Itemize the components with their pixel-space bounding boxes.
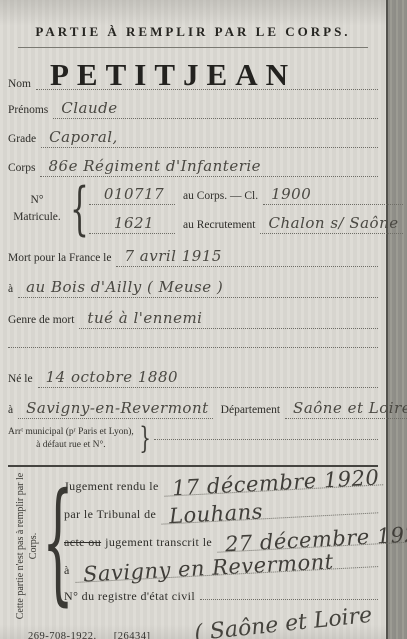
jugement-side-note: Cette partie n'est pas à remplir par le … — [14, 471, 40, 621]
matricule-label-line2: Matricule. — [8, 209, 66, 226]
field-jugement-tribunal: par le Tribunal de Louhans — [64, 505, 378, 522]
matricule-brace: { — [70, 182, 80, 237]
ne-a-value: Savigny-en-Revermont — [18, 399, 213, 419]
form-content: PARTIE À REMPLIR PAR LE CORPS. Nom PETIT… — [0, 0, 384, 639]
field-ne-le: Né le 14 octobre 1880 — [8, 368, 378, 388]
ne-le-value: 14 octobre 1880 — [38, 368, 378, 388]
mort-lieu-value: au Bois d'Ailly ( Meuse ) — [18, 278, 378, 298]
field-birthplace: à Savigny-en-Revermont Département Saône… — [8, 399, 378, 419]
field-mort-le: Mort pour la France le 7 avril 1915 — [8, 247, 378, 267]
imprint-bracket: [26434] — [114, 631, 151, 639]
nom-label: Nom — [8, 78, 31, 90]
form-title: PARTIE À REMPLIR PAR LE CORPS. — [18, 24, 368, 48]
jugement-rendu-value: 17 décembre 1920 — [164, 471, 384, 496]
departement-value: Saône et Loire — [285, 399, 407, 419]
field-arr-municipal: Arrᵗ municipal (pʳ Paris et Lyon), à déf… — [8, 425, 378, 453]
jugement-rows: Jugement rendu le 17 décembre 1920 par l… — [64, 477, 378, 604]
arr-municipal-label: Arrᵗ municipal (pʳ Paris et Lyon), à déf… — [8, 426, 134, 452]
matricule-lines: 010717 au Corps. — Cl. 1900 1621 au Recr… — [84, 185, 403, 234]
matricule-recrutement-value: Chalon s/ Saône — [260, 214, 402, 234]
field-corps: Corps 86e Régiment d'Infanterie — [8, 157, 378, 177]
jugement-rendu-label: Jugement rendu le — [64, 479, 159, 494]
corps-value: 86e Régiment d'Infanterie — [40, 157, 378, 177]
ne-le-label: Né le — [8, 373, 33, 385]
arr-municipal-value-line — [154, 438, 378, 440]
grade-value: Caporal, — [41, 128, 378, 148]
arr-municipal-brace: } — [139, 425, 146, 453]
ne-a-label: à — [8, 404, 13, 416]
jugement-transcrit-struck: acte ou — [64, 535, 101, 550]
field-jugement-rendu: Jugement rendu le 17 décembre 1920 — [64, 477, 378, 494]
matricule-classe-value: 1900 — [263, 185, 403, 205]
prenoms-value: Claude — [53, 99, 378, 119]
jugement-lieu-label: à — [64, 563, 70, 578]
jugement-tribunal-value: Louhans — [161, 499, 378, 524]
jugement-section: Cette partie n'est pas à remplir par le … — [8, 469, 378, 621]
matricule-recrutement-label: au Recrutement — [183, 219, 255, 231]
genre-mort-label: Genre de mort — [8, 314, 74, 326]
field-jugement-lieu: à Savigny en Revermont — [64, 561, 378, 578]
matricule-label-line1: N° — [8, 192, 66, 209]
jugement-lieu-value: Savigny en Revermont — [75, 553, 379, 583]
field-prenoms: Prénoms Claude — [8, 99, 378, 119]
corps-label: Corps — [8, 162, 35, 174]
document-page: PARTIE À REMPLIR PAR LE CORPS. Nom PETIT… — [0, 0, 407, 639]
prenoms-label: Prénoms — [8, 104, 48, 116]
departement-label: Département — [221, 404, 280, 416]
jugement-transcrit-value: 27 décembre 1920 — [217, 527, 407, 552]
mort-le-value: 7 avril 1915 — [116, 247, 378, 267]
field-genre-mort: Genre de mort tué à l'ennemi — [8, 309, 378, 329]
matricule-corps-number: 010717 — [89, 185, 175, 205]
field-grade: Grade Caporal, — [8, 128, 378, 148]
matricule-recrutement-number: 1621 — [89, 214, 175, 234]
matricule-recrutement-row: 1621 au Recrutement Chalon s/ Saône — [84, 214, 403, 234]
registre-label: N° du registre d'état civil — [64, 589, 195, 604]
genre-mort-continuation-line — [8, 345, 378, 348]
matricule-corps-suffix: au Corps. — Cl. — [183, 190, 258, 202]
field-nom: Nom PETITJEAN — [8, 52, 378, 90]
field-mort-lieu: à au Bois d'Ailly ( Meuse ) — [8, 278, 378, 298]
mort-lieu-label: à — [8, 283, 13, 295]
jugement-transcrit-label: jugement transcrit le — [105, 535, 212, 550]
arr-municipal-label-line1: Arrᵗ municipal (pʳ Paris et Lyon), — [8, 426, 134, 439]
field-jugement-transcrit: acte ou jugement transcrit le 27 décembr… — [64, 533, 378, 550]
matricule-corps-row: 010717 au Corps. — Cl. 1900 — [84, 185, 403, 205]
nom-value: PETITJEAN — [36, 62, 378, 90]
field-matricule: N° Matricule. { 010717 au Corps. — Cl. 1… — [8, 183, 378, 235]
arr-municipal-label-line2: à défaut rue et N°. — [8, 439, 134, 452]
jugement-tribunal-label: par le Tribunal de — [64, 507, 156, 522]
field-registre: N° du registre d'état civil — [64, 589, 378, 604]
registre-value-line — [200, 598, 378, 600]
mort-le-label: Mort pour la France le — [8, 252, 111, 264]
genre-mort-value: tué à l'ennemi — [79, 309, 378, 329]
imprint-number: 269-708-1922. — [28, 631, 97, 639]
matricule-label: N° Matricule. — [8, 192, 66, 227]
grade-label: Grade — [8, 133, 36, 145]
